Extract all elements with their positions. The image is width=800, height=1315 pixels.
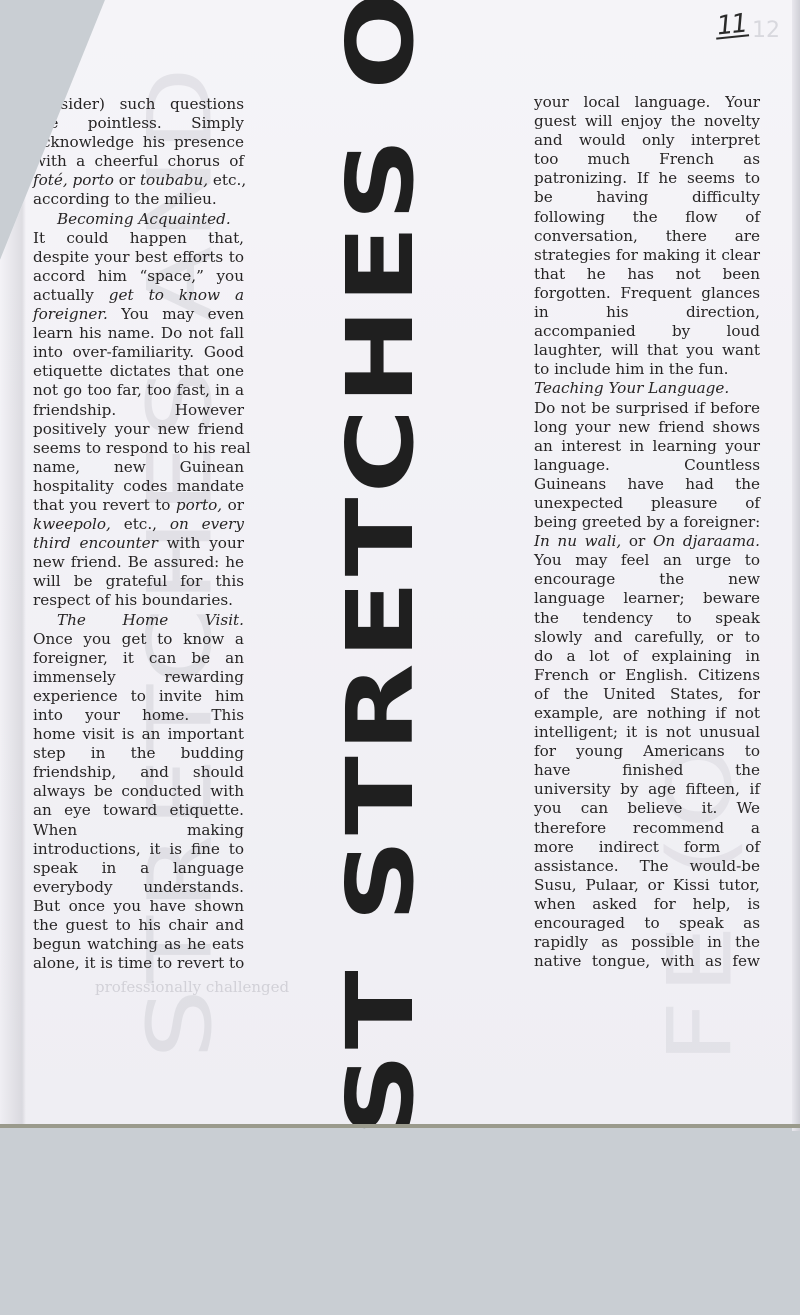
text-line: the tendency to speak [534,609,760,628]
text-line: name, new Guinean [33,458,244,477]
text-line: foté, porto or toubabu, etc., [33,171,244,190]
text-line: acknowledge his presence [33,133,244,152]
text-line: when asked for help, is [534,895,760,914]
text-line: university by age fifteen, if [534,780,760,799]
text-fragment: actually [33,286,109,304]
text-line: learn his name. Do not fall [33,324,244,343]
text-line: will be grateful for this [33,572,244,591]
text-line: Guineans have had the [534,475,760,494]
text-line: long your new friend shows [534,418,760,437]
italic-term: kweepolo, [33,515,111,533]
text-line: being greeted by a foreigner: [534,513,760,532]
text-line: into over-familiarity. Good [33,343,244,362]
text-line: that you revert to porto, or [33,496,244,515]
text-fragment: or [621,532,653,550]
text-line: have finished the [534,761,760,780]
text-line: always be conducted with [33,782,244,801]
italic-term: on every [170,515,244,533]
italic-term: In nu wali, [534,532,621,550]
text-line: consider) such questions [33,95,244,114]
text-line: foreigner. You may even [33,305,244,324]
heading-text: Becoming Acquainted. [57,210,231,228]
text-line: more indirect form of [534,838,760,857]
text-line: an interest in learning your [534,437,760,456]
text-line: an eye toward etiquette. [33,801,244,820]
italic-term: porto, [176,496,222,514]
text-line: rapidly as possible in the [534,933,760,952]
text-line: friendship. However [33,401,244,420]
italic-term: foreigner. [33,305,108,323]
text-line: You may feel an urge to [534,551,760,570]
text-line: example, are nothing if not [534,704,760,723]
text-line: for young Americans to [534,742,760,761]
text-line: positively your new friend [33,420,244,439]
handwritten-annotation: VAST STRETCHES OF [300,90,460,1130]
bleed-through-page-number: 12 [752,18,780,43]
text-line: Once you get to know a [33,630,244,649]
heading-text: Teaching Your Language. [534,379,729,397]
text-line: of the United States, for [534,685,760,704]
italic-term: toubabu, [140,171,208,189]
text-line: introductions, it is fine to [33,840,244,859]
text-line: slowly and carefully, or to [534,628,760,647]
text-fragment: or [222,496,244,514]
section-heading: The Home Visit. [33,611,244,630]
text-line: therefore recommend a [534,819,760,838]
text-line: into your home. This [33,706,244,725]
page-number: 11 [714,12,749,39]
text-line: home visit is an important [33,725,244,744]
text-line: conversation, there are [534,227,760,246]
italic-term: third encounter [33,534,158,552]
text-line: accord him “space,” you [33,267,244,286]
section-heading: Teaching Your Language. [534,379,760,398]
text-line: actually get to know a [33,286,244,305]
text-line: foreigner, it can be an [33,649,244,668]
text-line: according to the milieu. [33,190,244,209]
text-line: to include him in the fun. [534,360,760,379]
text-line: intelligent; it is not unusual [534,723,760,742]
text-line: alone, it is time to revert to [33,954,244,973]
text-line: do a lot of explaining in [534,647,760,666]
text-line: speak in a language [33,859,244,878]
text-line: assistance. The would-be [534,857,760,876]
text-line: language. Countless [534,456,760,475]
text-line: following the flow of [534,208,760,227]
heading-text: The Home Visit. [57,611,244,629]
text-line: immensely rewarding [33,668,244,687]
text-line: too much French as [534,150,760,169]
text-line: that he has not been [534,265,760,284]
text-line: in his direction, [534,303,760,322]
italic-term: On djaraama. [653,532,760,550]
text-fragment: etc., [111,515,170,533]
text-line: new friend. Be assured: he [33,553,244,572]
text-line: Susu, Pulaar, or Kissi tutor, [534,876,760,895]
text-line: not go too far, too fast, in a [33,381,244,400]
text-line: In nu wali, or On djaraama. [534,532,760,551]
text-line: seems to respond to his real [33,439,244,458]
text-fragment: etc., [208,171,246,189]
text-line: native tongue, with as few [534,952,760,971]
text-line: French or English. Citizens [534,666,760,685]
text-line: everybody understands. [33,878,244,897]
section-heading: Becoming Acquainted. [33,210,244,229]
right-text-column: your local language. Yourguest will enjo… [534,93,760,971]
text-line: despite your best efforts to [33,248,244,267]
scanned-page: 12 11 STRETCHES AND FE (O professionally… [0,0,800,1128]
text-line: laughter, will that you want [534,341,760,360]
italic-term: get to know a [109,286,244,304]
handwritten-vertical-text: VAST STRETCHES OF [334,0,426,1131]
text-line: accompanied by loud [534,322,760,341]
text-line: respect of his boundaries. [33,591,244,610]
text-fragment: or [114,171,140,189]
text-line: be having difficulty [534,188,760,207]
text-line: etiquette dictates that one [33,362,244,381]
text-line: language learner; beware [534,589,760,608]
text-line: patronizing. If he seems to [534,169,760,188]
page-edge [792,0,800,1131]
text-line: It could happen that, [33,229,244,248]
text-line: third encounter with your [33,534,244,553]
text-line: begun watching as he eats [33,935,244,954]
text-line: the guest to his chair and [33,916,244,935]
text-line: But once you have shown [33,897,244,916]
text-line: your local language. Your [534,93,760,112]
text-line: guest will enjoy the novelty [534,112,760,131]
page-bottom-edge [0,1124,800,1128]
text-line: Do not be surprised if before [534,399,760,418]
text-line: and would only interpret [534,131,760,150]
text-line: encourage the new [534,570,760,589]
text-line: step in the budding [33,744,244,763]
text-fragment: that you revert to [33,496,176,514]
text-line: When making [33,821,244,840]
text-line: friendship, and should [33,763,244,782]
text-line: strategies for making it clear [534,246,760,265]
left-text-column: consider) such questionsare pointless. S… [33,95,244,973]
italic-term: foté, porto [33,171,114,189]
text-line: hospitality codes mandate [33,477,244,496]
text-line: unexpected pleasure of [534,494,760,513]
text-fragment: with your [158,534,244,552]
text-line: kweepolo, etc., on every [33,515,244,534]
bleed-through-line: professionally challenged [95,978,289,996]
text-line: you can believe it. We [534,799,760,818]
text-line: experience to invite him [33,687,244,706]
text-line: forgotten. Frequent glances [534,284,760,303]
text-line: with a cheerful chorus of [33,152,244,171]
text-line: are pointless. Simply [33,114,244,133]
text-fragment: You may even [108,305,244,323]
text-line: encouraged to speak as [534,914,760,933]
